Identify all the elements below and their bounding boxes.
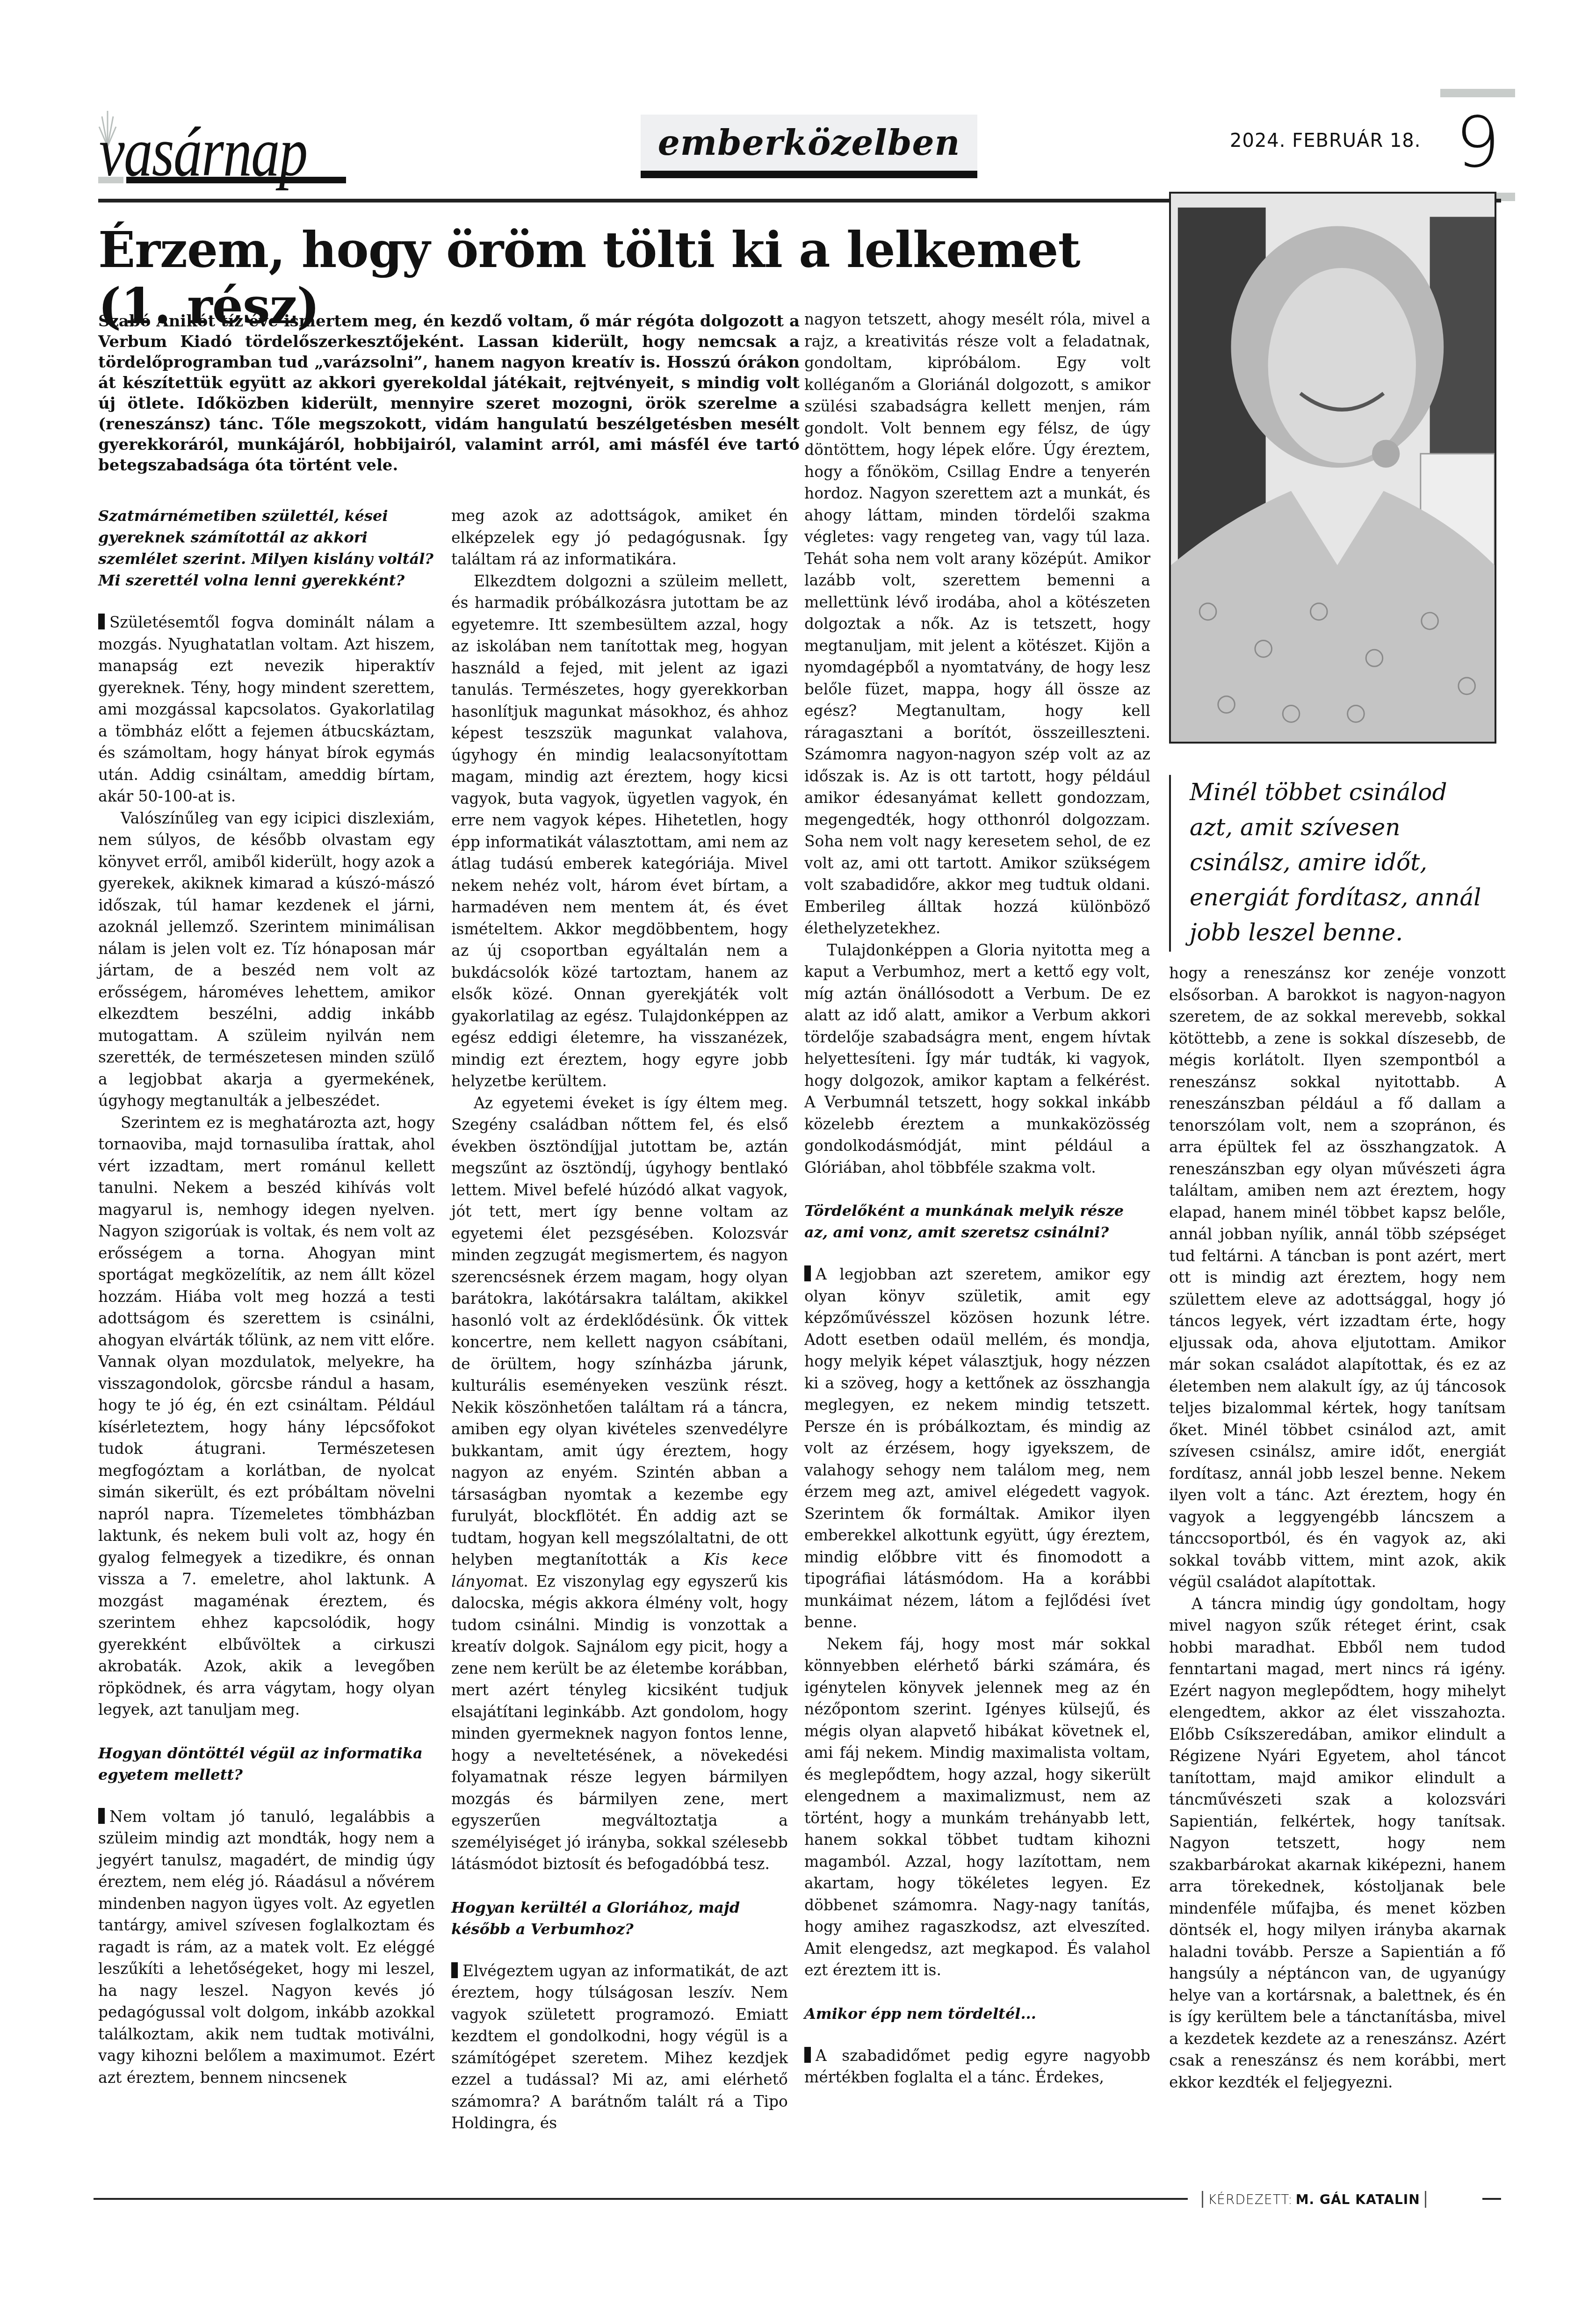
answer-paragraph: Születésemtől fogva dominált nálam a moz… (98, 612, 435, 808)
byline-label: KÉRDEZETT: (1208, 2192, 1293, 2207)
section-tag: emberközelben (641, 115, 977, 171)
logo-underline-accent (98, 177, 123, 183)
body-paragraph: A táncra mindig úgy gondoltam, hogy mive… (1169, 1593, 1506, 2094)
footer-divider (94, 2198, 1188, 2200)
text-column-3: nagyon tetszett, ahogy mesélt róla, mive… (804, 309, 1150, 2089)
body-paragraph: Nekem fáj, hogy most már sokkal könnyebb… (804, 1633, 1150, 1981)
page-number-rule-top (1440, 89, 1515, 97)
text-column-2: meg azok az adottságok, amiket én elképz… (451, 505, 788, 2134)
section-label: emberközelben (641, 123, 977, 163)
byline-bar-left (1202, 2191, 1203, 2208)
body-text: at. Ez viszonylag egy egyszerű kis daloc… (451, 1572, 788, 1873)
interview-question: Tördelőként a munkának melyik része az, … (804, 1200, 1150, 1243)
masthead: vasárnap emberközelben 2024. FEBRUÁR 18.… (98, 89, 1501, 201)
text-column-4: hogy a reneszánsz kor zenéje vonzott els… (1169, 962, 1506, 2093)
body-paragraph: hogy a reneszánsz kor zenéje vonzott els… (1169, 962, 1506, 1593)
body-paragraph: nagyon tetszett, ahogy mesélt róla, mive… (804, 309, 1150, 940)
body-paragraph: Valószínűleg van egy icipici diszlexiám,… (98, 808, 435, 1112)
interview-question: Amikor épp nem tördeltél... (804, 2003, 1150, 2024)
answer-marker-icon (451, 1962, 458, 1978)
interview-question: Szatmárnémetiben születtél, kései gyerek… (98, 505, 435, 591)
logo-underline (126, 177, 346, 183)
byline-bar-right (1425, 2191, 1426, 2208)
answer-text: Nem voltam jó tanuló, legalábbis a szüle… (98, 1807, 435, 2087)
answer-text: A szabadidőmet pedig egyre nagyobb mérté… (804, 2046, 1150, 2087)
answer-paragraph: Nem voltam jó tanuló, legalábbis a szüle… (98, 1806, 435, 2089)
portrait-photo (1169, 192, 1496, 744)
page-number: 9 (1440, 108, 1515, 178)
body-paragraph: Elkezdtem dolgozni a szüleim mellett, és… (451, 571, 788, 1092)
answer-text: A legjobban azt szeretem, amikor egy oly… (804, 1265, 1150, 1631)
body-text: Az egyetemi éveket is így éltem meg. Sze… (451, 1094, 788, 1569)
interview-question: Hogyan döntöttél végül az informatika eg… (98, 1742, 435, 1785)
answer-paragraph: A szabadidőmet pedig egyre nagyobb mérté… (804, 2045, 1150, 2089)
article-lead: Szabó Anikót tíz éve ismertem meg, én ke… (98, 311, 800, 476)
answer-marker-icon (804, 1265, 811, 1281)
pull-quote: Minél többet csinálod azt, amit szívesen… (1169, 775, 1496, 952)
answer-paragraph: Elvégeztem ugyan az informatikát, de azt… (451, 1960, 788, 2134)
answer-text: Születésemtől fogva dominált nálam a moz… (98, 613, 435, 805)
body-paragraph: Az egyetemi éveket is így éltem meg. Sze… (451, 1092, 788, 1875)
portrait-photo-icon (1171, 194, 1495, 742)
issue-date: 2024. FEBRUÁR 18. (1230, 130, 1421, 152)
footer-divider-tail (1482, 2198, 1501, 2200)
answer-text: Elvégeztem ugyan az informatikát, de azt… (451, 1962, 788, 2132)
section-underline (641, 171, 977, 178)
text-column-1: Szatmárnémetiben születtél, kései gyerek… (98, 505, 435, 2089)
answer-marker-icon (98, 1808, 105, 1824)
body-paragraph: Tulajdonképpen a Gloria nyitotta meg a k… (804, 940, 1150, 1179)
publication-logo: vasárnap (98, 108, 351, 201)
body-paragraph: Szerintem ez is meghatározta azt, hogy t… (98, 1112, 435, 1721)
body-paragraph: meg azok az adottságok, amiket én elképz… (451, 505, 788, 571)
answer-marker-icon (804, 2047, 811, 2063)
byline: KÉRDEZETT: M. GÁL KATALIN (1197, 2188, 1431, 2211)
answer-paragraph: A legjobban azt szeretem, amikor egy oly… (804, 1264, 1150, 1633)
byline-author: M. GÁL KATALIN (1296, 2192, 1420, 2207)
interview-question: Hogyan kerültél a Gloriához, majd később… (451, 1897, 788, 1940)
answer-marker-icon (98, 614, 105, 629)
